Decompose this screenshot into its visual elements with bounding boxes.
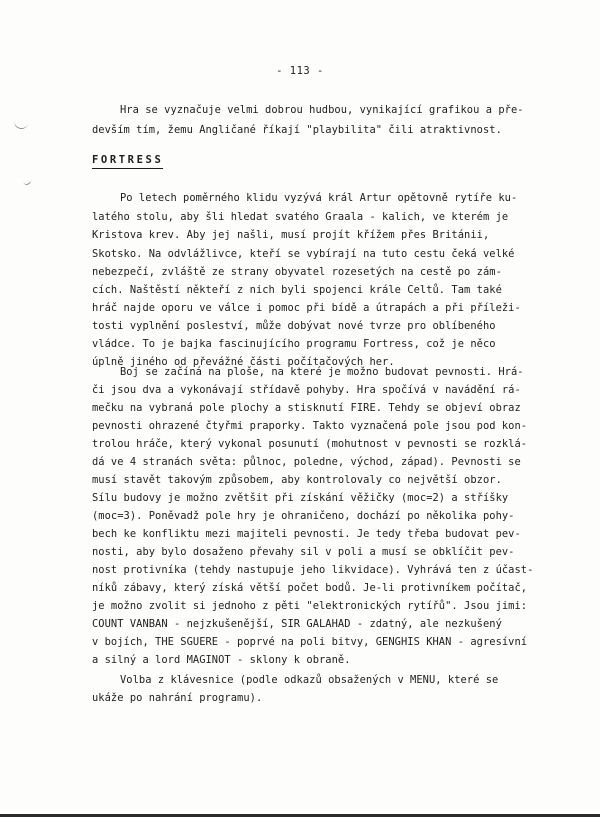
margin-pen-mark [20, 171, 32, 186]
paragraph2-line: mečku na vybraná pole plochy a stisknutí… [92, 402, 521, 415]
paragraph1-line: vládce. To je bajka fascinujícího progra… [92, 338, 496, 351]
paragraph2-line: Sílu budovy je možno zvětšit při získání… [92, 492, 508, 505]
intro-line: Hra se vyznačuje velmi dobrou hudbou, vy… [120, 104, 524, 117]
paragraph1-line: Kristova krev. Aby jej našli, musí projí… [92, 229, 489, 242]
section-heading: FORTRESS [92, 154, 163, 169]
paragraph2-line: COUNT VANBAN - nejzkušenější, SIR GALAHA… [92, 618, 502, 631]
paragraph2-line: v bojích, THE SGUERE - poprvé na poli bi… [92, 636, 527, 649]
paragraph2-line: bech ke konfliktu mezi majiteli pevnosti… [92, 528, 521, 541]
paragraph2-line: či jsou dva a vykonávají střídavě pohyby… [92, 384, 521, 397]
paragraph1-line: latého stolu, aby šli hledat svatého Gra… [92, 211, 508, 224]
paragraph2-line: Boj se začíná na ploše, na které je možn… [120, 366, 524, 379]
paragraph1-line: tosti vyplnění posleství, může dobývat n… [92, 320, 496, 333]
paragraph1-line: cích. Naštěstí někteří z nich byli spoje… [92, 284, 502, 297]
paragraph1-line: Skotsko. Na odvlážlivce, kteří se vybíra… [92, 248, 514, 261]
paragraph1-line: nebezpečí, zvláště ze strany obyvatel ro… [92, 266, 502, 279]
paragraph2-line: a silný a lord MAGINOT - sklony k obraně… [92, 654, 351, 667]
paragraph2-line: musí stavět takovým způsobem, aby kontro… [92, 474, 502, 487]
paragraph2-line: nosti, aby bylo dosaženo převahy sil v p… [92, 546, 514, 559]
paragraph1-line: hráč najde oporu ve válce i pomoc při bí… [92, 302, 521, 315]
paragraph2-line: nost protivníka (tehdy nastupuje jeho li… [92, 564, 533, 577]
paragraph2-line: pevnosti ohrazené čtyřmi praporky. Takto… [92, 420, 527, 433]
document-page: - 113 - Hra se vyznačuje velmi dobrou hu… [0, 0, 600, 817]
paragraph3-line: ukáže po nahrání programu). [92, 692, 262, 705]
paragraph2-line: níků zábavy, který získá větší počet bod… [92, 582, 527, 595]
intro-line: devším tím, žemu Angličané říkají "playb… [92, 124, 502, 137]
paragraph2-line: je možno zvolit si jednoho z pěti "elekt… [92, 600, 527, 613]
paragraph2-line: (moc=3). Poněvadž pole hry je ohraničeno… [92, 510, 514, 523]
paragraph1-line: Po letech poměrného klidu vyzývá král Ar… [120, 192, 517, 205]
margin-pen-mark [13, 117, 29, 131]
page-number: - 113 - [0, 65, 600, 77]
paragraph2-line: dá ve 4 stranách světa: půlnoc, poledne,… [92, 456, 521, 469]
paragraph2-line: trolou hráče, který vykonal posunutí (mo… [92, 438, 527, 451]
paragraph3-line: Volba z klávesnice (podle odkazů obsažen… [120, 674, 498, 687]
